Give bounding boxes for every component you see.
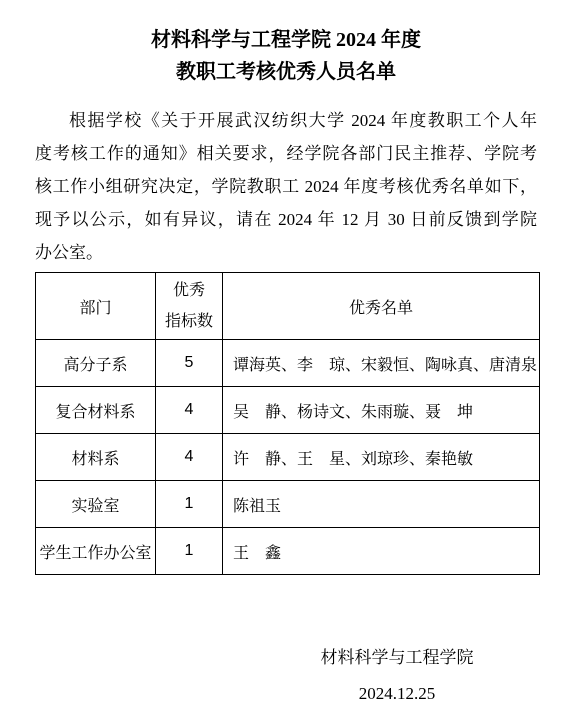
cell-names: 陈祖玉 bbox=[223, 481, 540, 528]
header-quota-line-1: 优秀 bbox=[156, 275, 222, 306]
cell-names: 谭海英、李 琼、宋毅恒、陶咏真、唐清泉 bbox=[223, 340, 540, 387]
award-table: 部门 优秀 指标数 优秀名单 高分子系 5 谭海英、李 琼、宋毅恒、陶咏真、唐清… bbox=[35, 272, 540, 575]
table-row: 实验室 1 陈祖玉 bbox=[36, 481, 540, 528]
cell-quota: 1 bbox=[156, 528, 223, 575]
body-paragraph: 根据学校《关于开展武汉纺织大学 2024 年度教职工个人年 度考核工作的通知》相… bbox=[35, 104, 537, 269]
cell-quota: 1 bbox=[156, 481, 223, 528]
header-department: 部门 bbox=[36, 273, 156, 340]
cell-department: 复合材料系 bbox=[36, 387, 156, 434]
cell-department: 高分子系 bbox=[36, 340, 156, 387]
table-row: 学生工作办公室 1 王 鑫 bbox=[36, 528, 540, 575]
doc-title-line-1: 材料科学与工程学院 2024 年度 bbox=[0, 24, 572, 56]
footer-date: 2024.12.25 bbox=[297, 676, 497, 709]
paragraph-line: 现予以公示，如有异议，请在 2024 年 12 月 30 日前反馈到学院 bbox=[35, 203, 537, 236]
header-quota-line-2: 指标数 bbox=[156, 306, 222, 337]
paragraph-line: 根据学校《关于开展武汉纺织大学 2024 年度教职工个人年 bbox=[35, 104, 537, 137]
header-names: 优秀名单 bbox=[223, 273, 540, 340]
table-row: 材料系 4 许 静、王 星、刘琼珍、秦艳敏 bbox=[36, 434, 540, 481]
doc-title: 材料科学与工程学院 2024 年度 教职工考核优秀人员名单 bbox=[0, 24, 572, 88]
paragraph-line: 核工作小组研究决定，学院教职工 2024 年度考核优秀名单如下， bbox=[35, 170, 537, 203]
cell-names: 许 静、王 星、刘琼珍、秦艳敏 bbox=[223, 434, 540, 481]
cell-department: 材料系 bbox=[36, 434, 156, 481]
document-page: 材料科学与工程学院 2024 年度 教职工考核优秀人员名单 根据学校《关于开展武… bbox=[0, 0, 572, 709]
cell-names: 吴 静、杨诗文、朱雨璇、聂 坤 bbox=[223, 387, 540, 434]
footer-signature: 材料科学与工程学院 bbox=[297, 640, 497, 676]
paragraph-line: 度考核工作的通知》相关要求，经学院各部门民主推荐、学院考 bbox=[35, 137, 537, 170]
table-row: 高分子系 5 谭海英、李 琼、宋毅恒、陶咏真、唐清泉 bbox=[36, 340, 540, 387]
cell-names: 王 鑫 bbox=[223, 528, 540, 575]
cell-quota: 4 bbox=[156, 387, 223, 434]
table-header-row: 部门 优秀 指标数 优秀名单 bbox=[36, 273, 540, 340]
table-row: 复合材料系 4 吴 静、杨诗文、朱雨璇、聂 坤 bbox=[36, 387, 540, 434]
cell-quota: 5 bbox=[156, 340, 223, 387]
header-quota: 优秀 指标数 bbox=[156, 273, 223, 340]
cell-department: 实验室 bbox=[36, 481, 156, 528]
doc-footer: 材料科学与工程学院 2024.12.25 bbox=[297, 640, 497, 709]
doc-title-line-2: 教职工考核优秀人员名单 bbox=[0, 56, 572, 88]
cell-quota: 4 bbox=[156, 434, 223, 481]
paragraph-line: 办公室。 bbox=[35, 236, 537, 269]
cell-department: 学生工作办公室 bbox=[36, 528, 156, 575]
